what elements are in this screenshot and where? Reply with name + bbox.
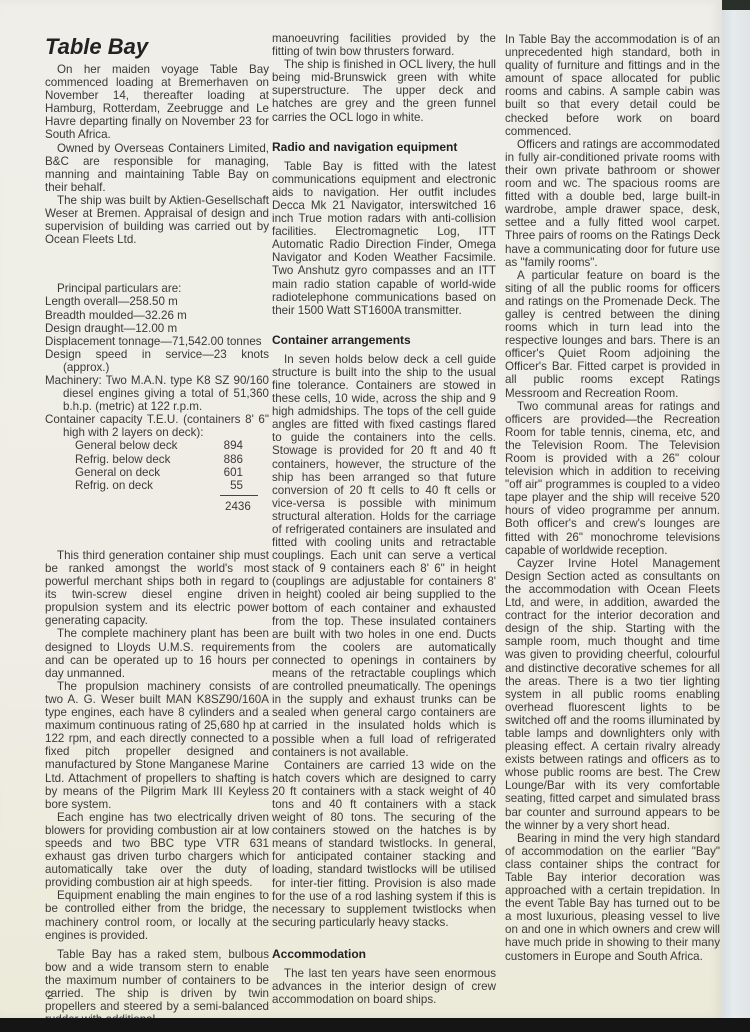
containers-paragraph: In seven holds below deck a cell guide s… (272, 353, 496, 759)
body-paragraph: This third generation container ship mus… (45, 549, 269, 628)
capacity-row: General below deck 894 (75, 439, 243, 452)
capacity-value: 55 (230, 479, 243, 492)
capacity-table: General below deck 894 Refrig. below dec… (75, 439, 243, 512)
section-heading-containers: Container arrangements (272, 333, 496, 347)
capacity-label: Refrig. on deck (75, 479, 153, 492)
body-paragraph: Equipment enabling the main engines to b… (45, 889, 269, 941)
body-paragraph: The propulsion machinery consists of two… (45, 680, 269, 811)
capacity-row: General on deck 601 (75, 466, 243, 479)
particular-item: Machinery: Two M.A.N. type K8 SZ 90/160 … (45, 374, 269, 413)
page-number: 2 (47, 990, 53, 1002)
sum-rule (220, 495, 258, 496)
body-paragraph: Each engine has two electrically driven … (45, 811, 269, 890)
containers-paragraph: Containers are carried 13 wide on the ha… (272, 759, 496, 929)
capacity-row: Refrig. on deck 55 (75, 479, 243, 492)
capacity-label: General below deck (75, 439, 177, 452)
capacity-row: Refrig. below deck 886 (75, 453, 243, 466)
column-1: Table Bay On her maiden voyage Table Bay… (45, 30, 269, 1026)
particular-item: Breadth moulded—32.26 m (45, 309, 269, 322)
capacity-value: 894 (224, 439, 243, 452)
radio-paragraph: Table Bay is fitted with the latest comm… (272, 160, 496, 317)
capacity-value: 601 (224, 466, 243, 479)
particulars-heading: Principal particulars are: (45, 282, 269, 295)
section-heading-accommodation: Accommodation (272, 947, 496, 961)
column-3: In Table Bay the accommodation is of an … (505, 33, 720, 963)
particular-item: Length overall—258.50 m (45, 295, 269, 308)
accommodation-paragraph: A particular feature on board is the sit… (505, 269, 720, 400)
spacer (45, 513, 269, 549)
body-paragraph: The complete machinery plant has been de… (45, 627, 269, 679)
accommodation-paragraph: The last ten years have seen enormous ad… (272, 967, 496, 1006)
article-title: Table Bay (45, 34, 269, 60)
capacity-value: 886 (224, 453, 243, 466)
accommodation-paragraph: In Table Bay the accommodation is of an … (505, 33, 720, 138)
capacity-total: 2436 (225, 500, 243, 513)
accommodation-paragraph: Cayzer Irvine Hotel Management Design Se… (505, 557, 720, 832)
particular-item: Design speed in service—23 knots (approx… (45, 348, 269, 374)
intro-paragraph: On her maiden voyage Table Bay commenced… (45, 63, 269, 142)
accommodation-paragraph: Officers and ratings are accommodated in… (505, 138, 720, 269)
capacity-label: General on deck (75, 466, 160, 479)
page-edge (722, 8, 750, 1024)
document-page: Table Bay On her maiden voyage Table Bay… (0, 0, 722, 1018)
accommodation-paragraph: Two communal areas for ratings and offic… (505, 400, 720, 557)
section-heading-radio: Radio and navigation equipment (272, 140, 496, 154)
intro-paragraph: The ship was built by Aktien-Gesellschaf… (45, 194, 269, 246)
particular-item: Displacement tonnage—71,542.00 tonnes (45, 335, 269, 348)
particular-item: Design draught—12.00 m (45, 322, 269, 335)
column-2: manoeuvring facilities provided by the f… (272, 32, 496, 1006)
binding-top (722, 0, 750, 10)
binding-bottom (0, 1018, 750, 1032)
particular-item: Container capacity T.E.U. (containers 8'… (45, 413, 269, 439)
continuation-paragraph: manoeuvring facilities provided by the f… (272, 32, 496, 58)
continuation-paragraph: The ship is finished in OCL livery, the … (272, 58, 496, 123)
capacity-label: Refrig. below deck (75, 453, 170, 466)
accommodation-paragraph: Bearing in mind the very high standard o… (505, 832, 720, 963)
intro-paragraph: Owned by Overseas Containers Limited, B&… (45, 142, 269, 194)
body-paragraph: Table Bay has a raked stem, bulbous bow … (45, 948, 269, 1027)
